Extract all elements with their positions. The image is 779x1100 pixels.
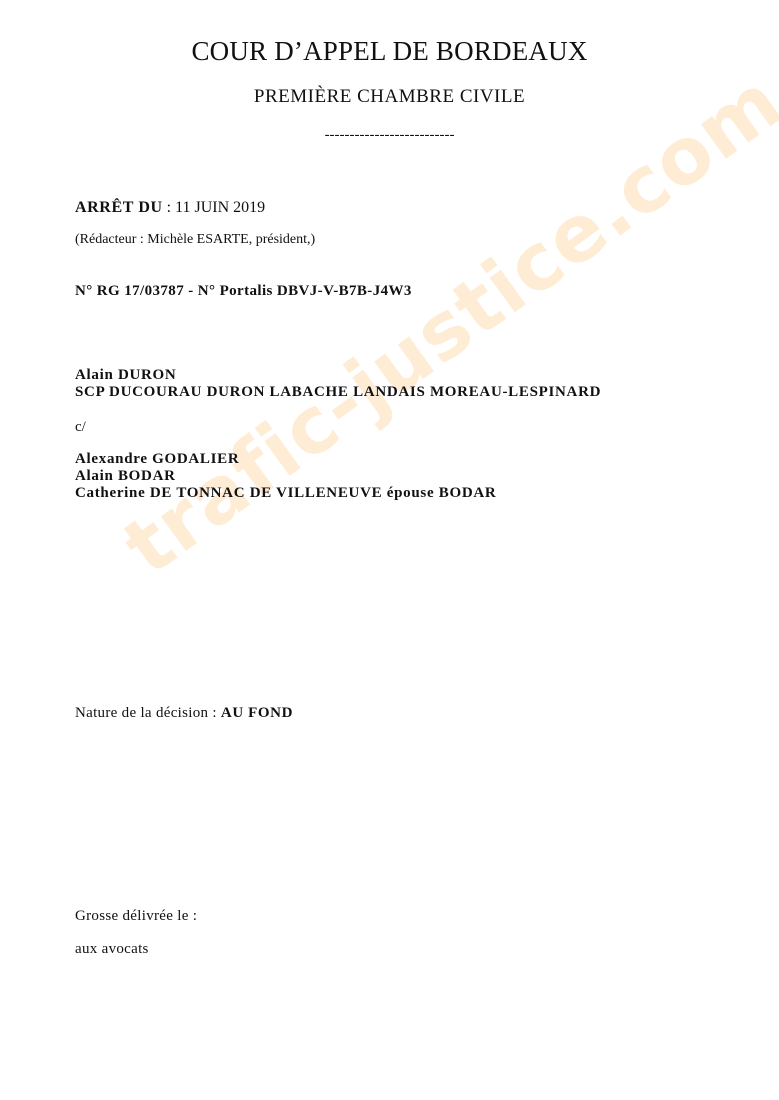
grosse-line: Grosse délivrée le : (75, 908, 197, 925)
respondent-name: Catherine DE TONNAC DE VILLENEUVE épouse… (75, 485, 496, 502)
court-title: COUR D’APPEL DE BORDEAUX (0, 36, 779, 67)
rg-number: N° RG 17/03787 - N° Portalis DBVJ-V-B7B-… (75, 283, 412, 300)
nature-value: AU FOND (221, 705, 293, 721)
avocats-line: aux avocats (75, 941, 149, 958)
appellant-name: SCP DUCOURAU DURON LABACHE LANDAIS MOREA… (75, 384, 601, 401)
appellant-name: Alain DURON (75, 367, 601, 384)
appellants-list: Alain DURON SCP DUCOURAU DURON LABACHE L… (75, 367, 601, 401)
respondent-name: Alain BODAR (75, 468, 496, 485)
respondents-list: Alexandre GODALIER Alain BODAR Catherine… (75, 451, 496, 502)
respondent-name: Alexandre GODALIER (75, 451, 496, 468)
nature-label: Nature de la décision : (75, 705, 221, 721)
arret-date-line: ARRÊT DU : 11 JUIN 2019 (75, 199, 265, 217)
arret-date: : 11 JUIN 2019 (163, 199, 266, 216)
decision-nature: Nature de la décision : AU FOND (75, 705, 293, 722)
document-page: trafic-justice.com COUR D’APPEL DE BORDE… (0, 0, 779, 1100)
redacteur-line: (Rédacteur : Michèle ESARTE, président,) (75, 232, 315, 248)
separator-line: -------------------------- (0, 127, 779, 144)
versus-marker: c/ (75, 419, 86, 436)
chamber-title: PREMIÈRE CHAMBRE CIVILE (0, 86, 779, 108)
arret-label: ARRÊT DU (75, 199, 163, 216)
